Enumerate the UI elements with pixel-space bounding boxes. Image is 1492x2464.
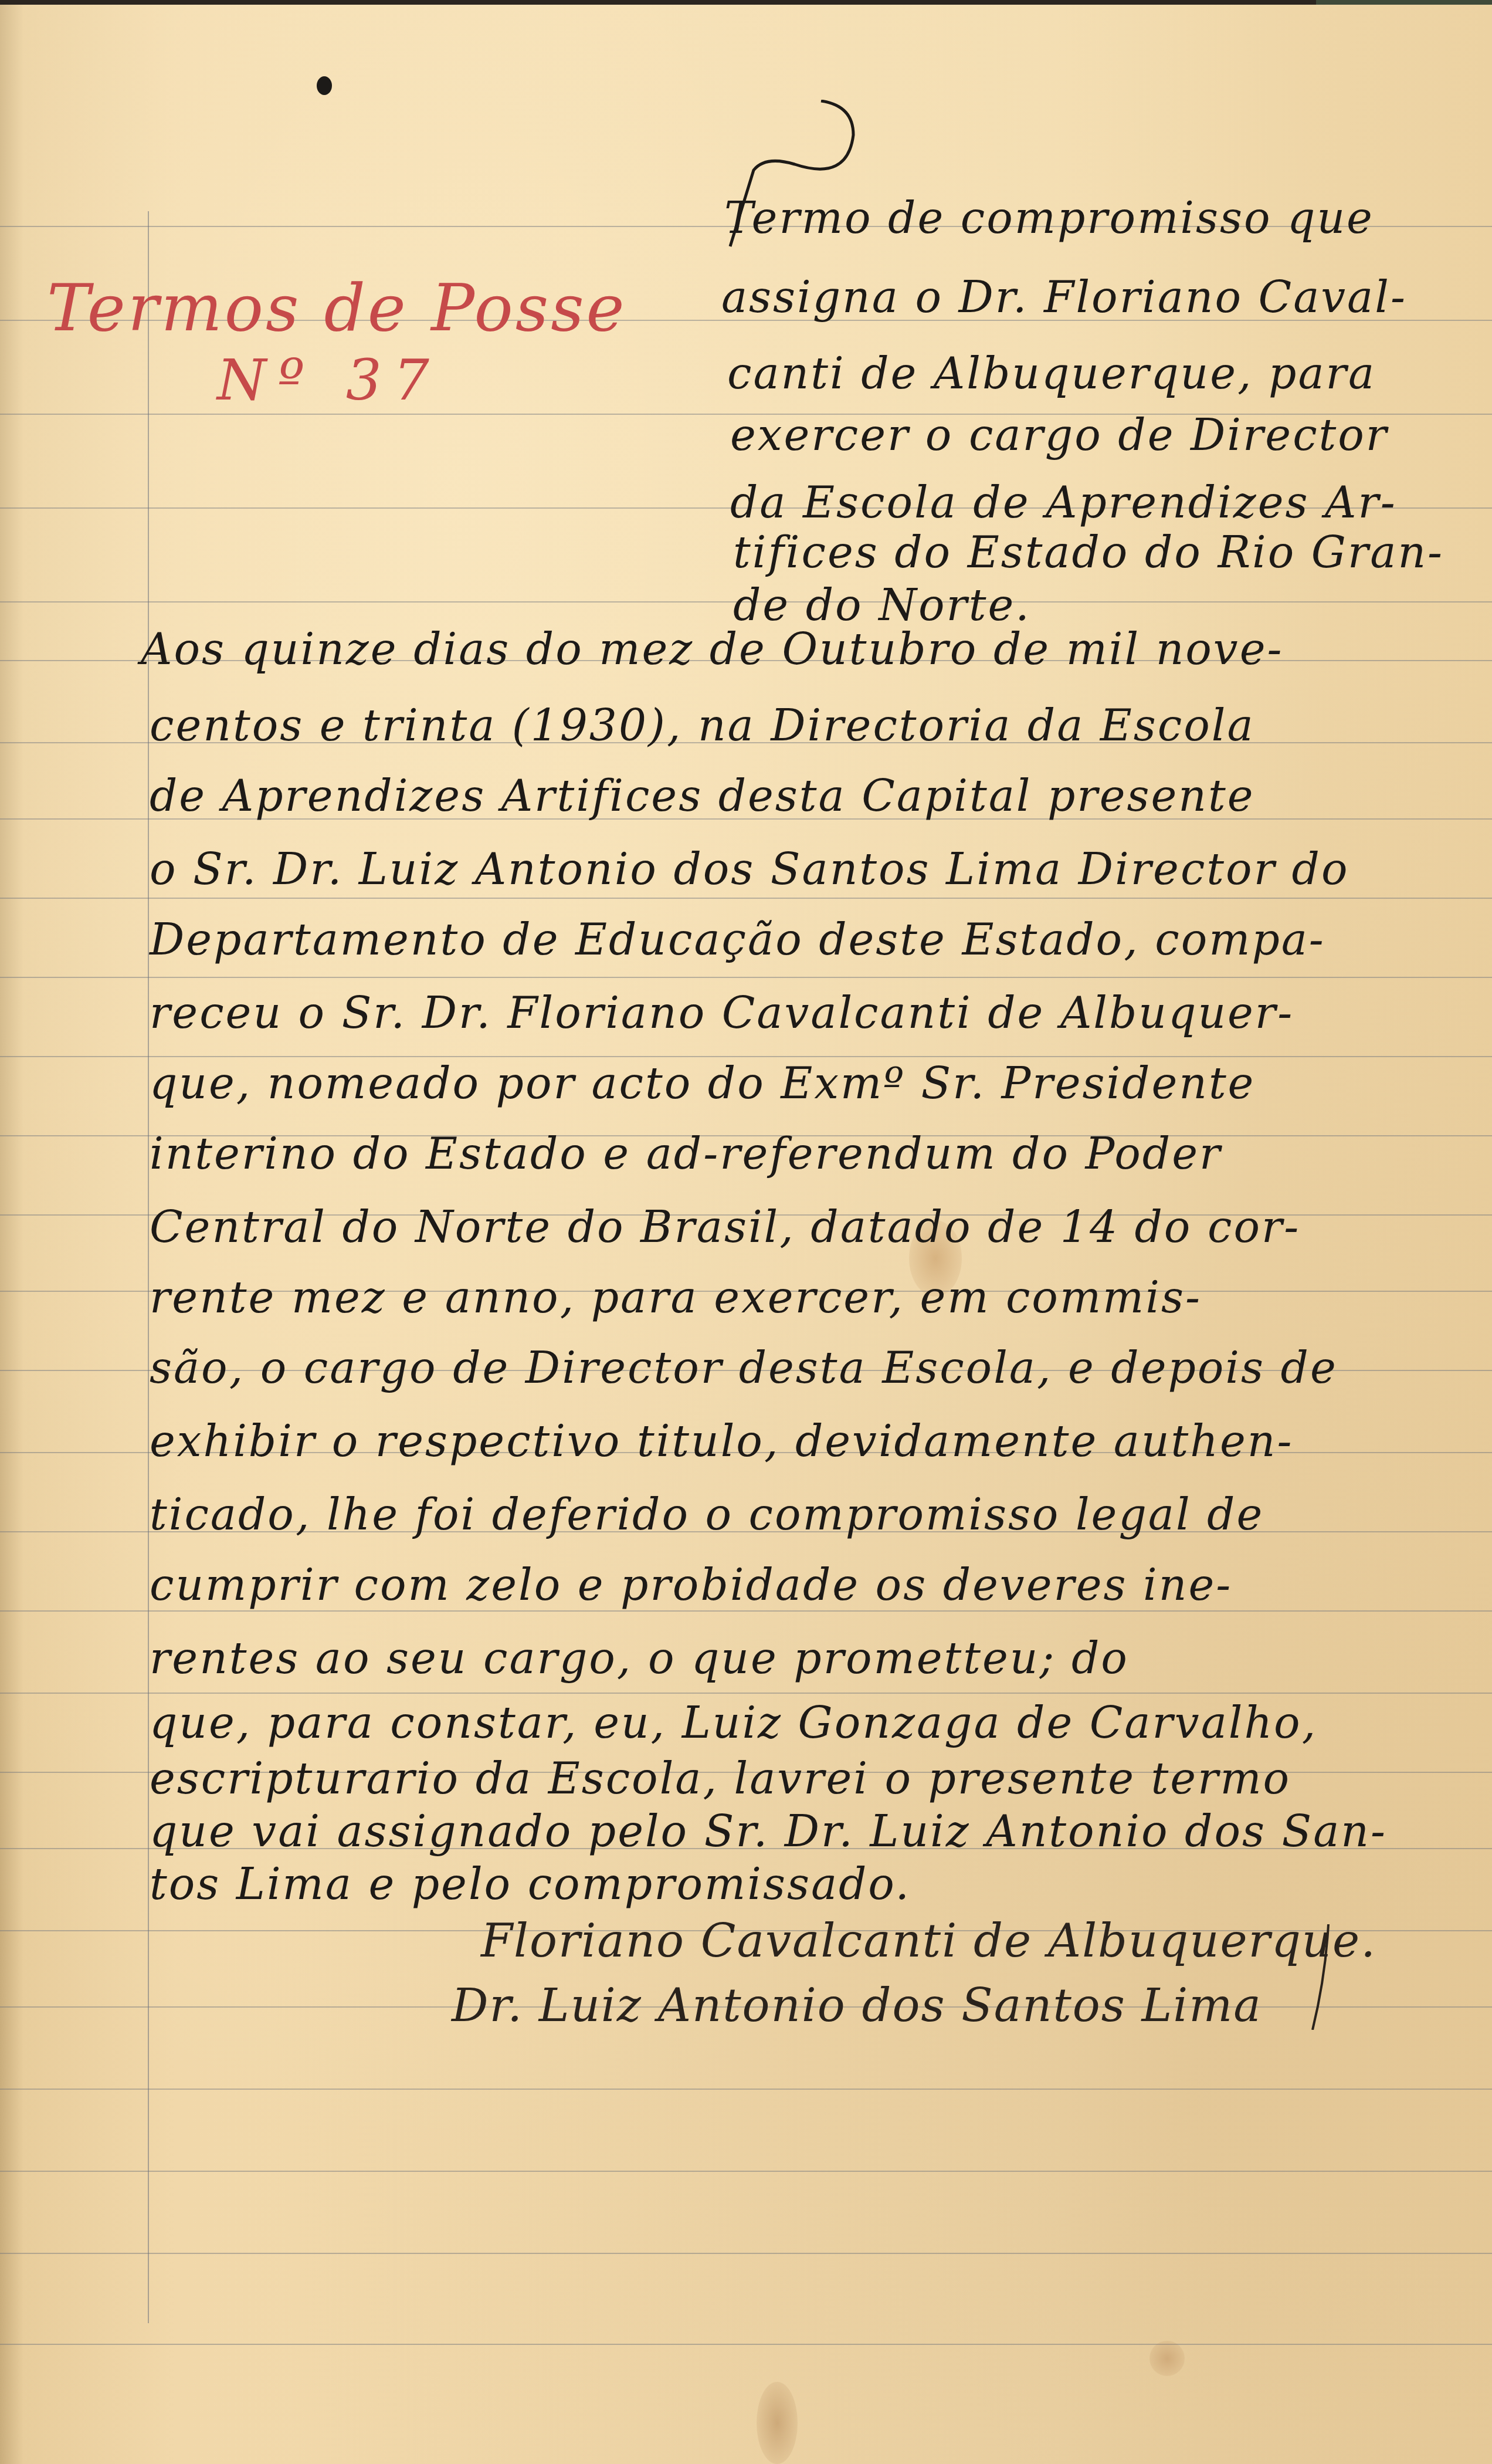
margin-rule — [148, 211, 149, 2323]
scan-top-edge — [0, 0, 1492, 5]
ink-blot — [317, 76, 332, 95]
margin-heading-number: Nº 37 — [217, 352, 441, 408]
title-line: da Escola de Aprendizes Ar- — [730, 481, 1397, 524]
body-line: que, nomeado por acto do Exmº Sr. Presid… — [150, 1062, 1255, 1105]
title-line: tifices do Estado do Rio Gran- — [733, 531, 1444, 574]
ruled-line — [0, 898, 1492, 899]
ruled-line — [0, 2344, 1492, 2345]
body-line: interino do Estado e ad-referendum do Po… — [150, 1132, 1222, 1176]
body-line: escripturario da Escola, lavrei o presen… — [150, 1757, 1291, 1800]
body-line: tos Lima e pelo compromissado. — [150, 1863, 911, 1906]
margin-heading-title: Termos de Posse — [47, 276, 627, 340]
title-line: assigna o Dr. Floriano Caval- — [721, 276, 1407, 319]
ruled-line — [0, 2253, 1492, 2254]
ruled-line — [0, 1693, 1492, 1694]
binding-tab — [1316, 0, 1492, 5]
body-line: que, para constar, eu, Luiz Gonzaga de C… — [150, 1701, 1317, 1745]
ruled-line — [0, 977, 1492, 978]
title-line: canti de Albuquerque, para — [727, 352, 1376, 395]
body-line: que vai assignado pelo Sr. Dr. Luiz Anto… — [150, 1810, 1387, 1853]
body-line: rentes ao seu cargo, o que prometteu; do — [150, 1637, 1129, 1680]
body-line: o Sr. Dr. Luiz Antonio dos Santos Lima D… — [150, 848, 1349, 891]
body-line: rente mez e anno, para exercer, em commi… — [150, 1276, 1202, 1319]
signature-floriano: Floriano Cavalcanti de Albuquerque. — [481, 1918, 1376, 1964]
ruled-line — [0, 1610, 1492, 1612]
paper-stain — [757, 2382, 798, 2464]
ruled-line — [0, 2089, 1492, 2090]
body-line: Central do Norte do Brasil, datado de 14… — [150, 1206, 1300, 1249]
title-line: Termo de compromisso que — [724, 197, 1374, 240]
paper-stain — [1149, 2341, 1185, 2376]
ledger-page: Termos de Posse Nº 37 Termo de compromis… — [0, 0, 1492, 2464]
body-line: centos e trinta (1930), na Directoria da… — [150, 704, 1255, 747]
body-line: ticado, lhe foi deferido o compromisso l… — [150, 1493, 1264, 1536]
body-line: Departamento de Educação deste Estado, c… — [150, 918, 1325, 962]
title-line: exercer o cargo de Director — [730, 414, 1388, 457]
ruled-line — [0, 1056, 1492, 1057]
signature-luiz-antonio: Dr. Luiz Antonio dos Santos Lima — [452, 1983, 1262, 2029]
title-line: de do Norte. — [733, 584, 1031, 627]
ruled-line — [0, 2171, 1492, 2172]
body-line: receu o Sr. Dr. Floriano Cavalcanti de A… — [150, 991, 1294, 1035]
body-line: Aos quinze dias do mez de Outubro de mil… — [141, 628, 1283, 671]
body-line: são, o cargo de Director desta Escola, e… — [150, 1346, 1338, 1390]
signature-tail-stroke — [1308, 1924, 1331, 2030]
body-line: cumprir com zelo e probidade os deveres … — [150, 1563, 1232, 1607]
body-line: de Aprendizes Artifices desta Capital pr… — [150, 774, 1254, 818]
body-line: exhibir o respectivo titulo, devidamente… — [150, 1420, 1293, 1463]
